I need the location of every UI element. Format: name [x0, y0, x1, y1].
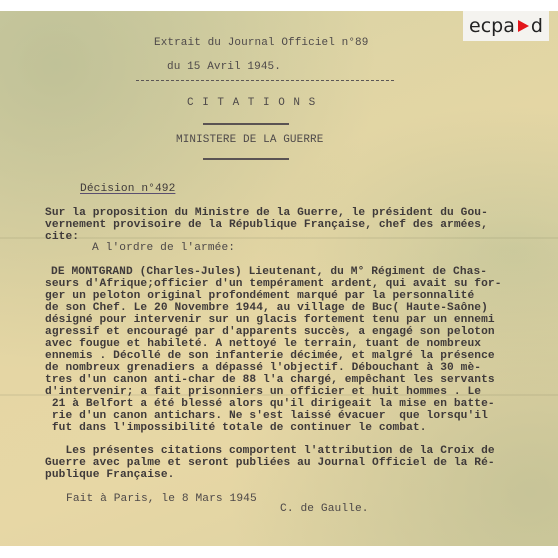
citation-line: de son Chef. Le 20 Novembre 1944, au vil…: [45, 302, 488, 314]
dashed-separator: [136, 80, 394, 81]
logo-text-left: ecpa: [469, 15, 515, 37]
citation-line: seurs d'Afrique;officier d'un tempéramen…: [45, 278, 502, 290]
intro-line: vernement provisoire de la République Fr…: [45, 219, 488, 231]
signature-place-date: Fait à Paris, le 8 Mars 1945: [66, 493, 257, 505]
citation-line: désigné pour intervenir sur un glacis fo…: [45, 314, 495, 326]
citation-line: de nombreux grenadiers a dépassé l'objec…: [45, 362, 481, 374]
citation-line: rie d'un canon antichars. Ne s'est laiss…: [45, 410, 488, 422]
citation-line: ennemis . Décollé de son infanterie déci…: [45, 350, 495, 362]
closing-line: Guerre avec palme et seront publiées au …: [45, 457, 495, 469]
fold-line: [0, 237, 558, 239]
citation-line: 21 à Belfort a été blessé alors qu'il di…: [45, 398, 495, 410]
citation-line: avec fougue et habileté. A nettoyé le te…: [45, 338, 481, 350]
order-line: A l'ordre de l'armée:: [92, 242, 235, 254]
ministry-title: MINISTERE DE LA GUERRE: [176, 134, 323, 146]
title-rule: [203, 123, 289, 125]
intro-line: cite:: [45, 231, 79, 243]
citations-title: C I T A T I O N S: [187, 97, 316, 109]
citation-line: ger un peloton original profondément mar…: [45, 290, 474, 302]
decision-label: Décision n°492: [80, 183, 175, 195]
ministry-rule: [203, 158, 289, 160]
citation-line: fut dans l'impossibilité totale de conti…: [45, 422, 427, 434]
citation-line: tres d'un canon anti-char de 88 l'a char…: [45, 374, 495, 386]
citation-line: d'intervenir; a fait prisonniers un offi…: [45, 386, 481, 398]
journal-date-line: du 15 Avril 1945.: [167, 61, 281, 73]
ecpad-logo: ecpad: [463, 11, 549, 41]
citation-line: DE MONTGRAND (Charles-Jules) Lieutenant,…: [51, 266, 487, 278]
citation-line: agressif et encouragé par d'apparents su…: [45, 326, 495, 338]
logo-text-right: d: [531, 15, 543, 37]
journal-extract-line: Extrait du Journal Officiel n°89: [154, 37, 368, 49]
closing-line: publique Française.: [45, 469, 174, 481]
signature-name: C. de Gaulle.: [280, 503, 369, 515]
play-arrow-icon: [518, 20, 529, 32]
intro-line: Sur la proposition du Ministre de la Gue…: [45, 207, 488, 219]
closing-line: Les présentes citations comportent l'att…: [45, 445, 495, 457]
